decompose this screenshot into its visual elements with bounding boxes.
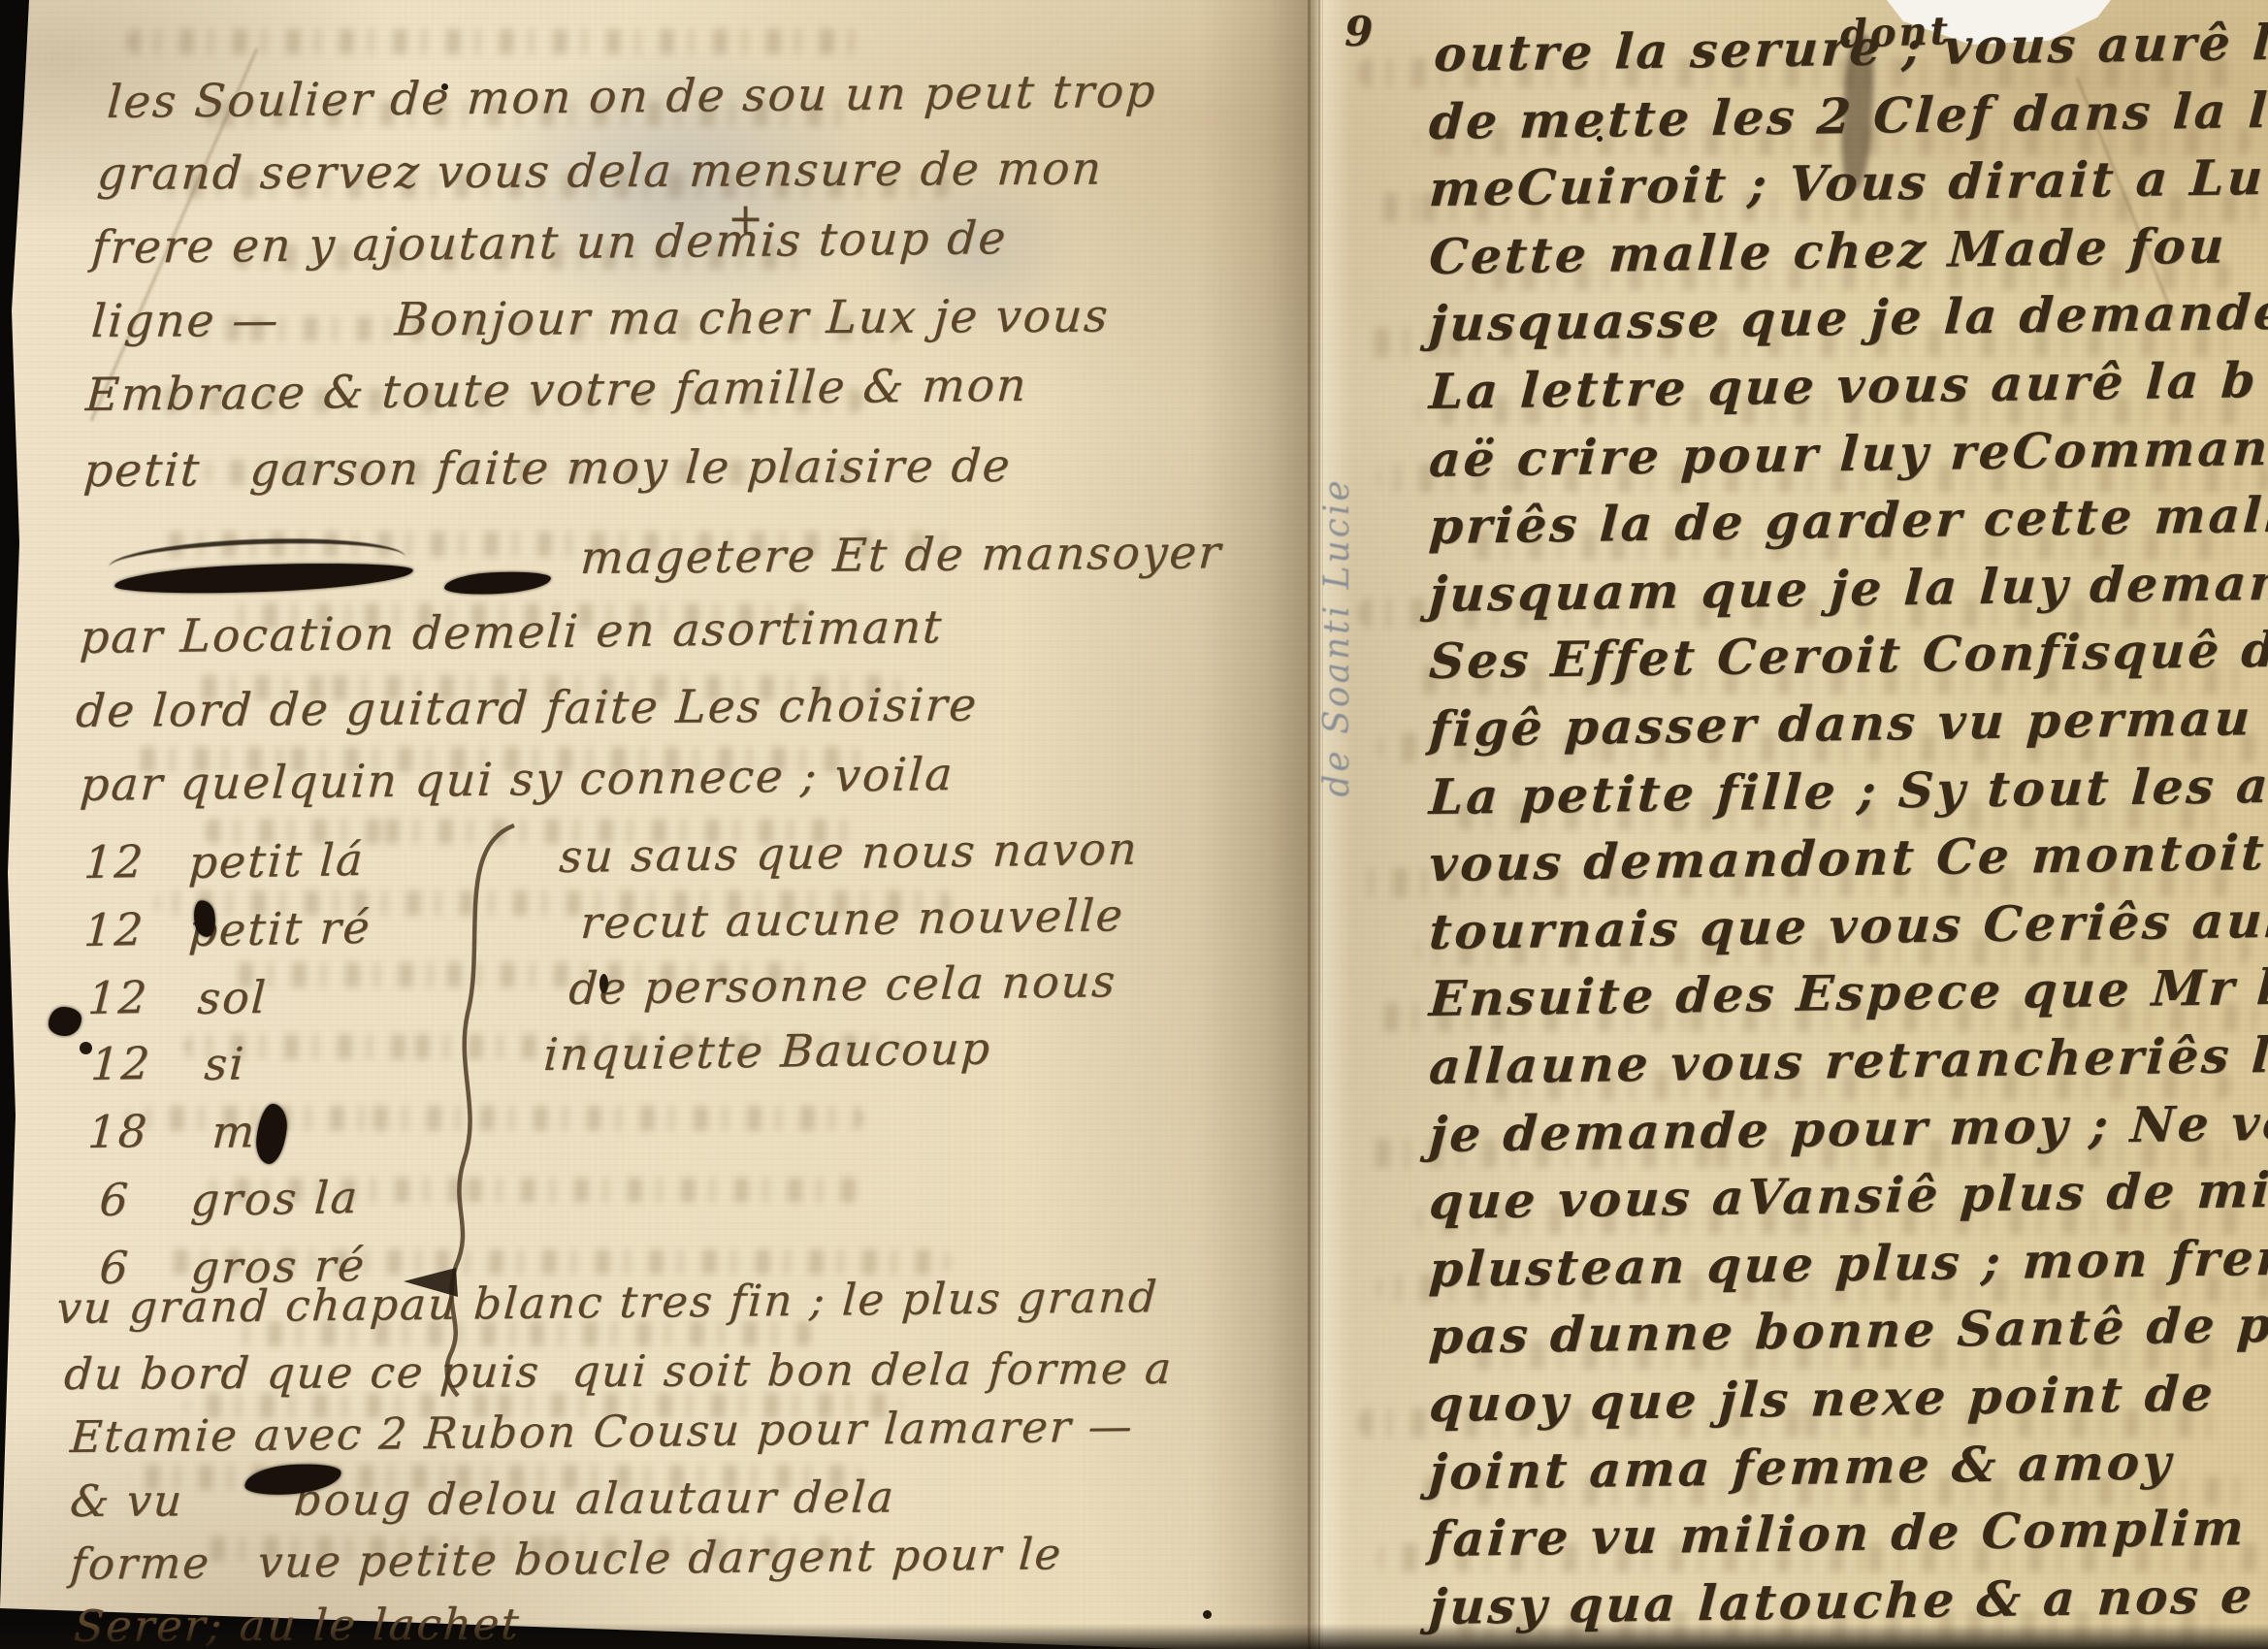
page-fold-shadow <box>1198 0 1322 1649</box>
ink-speck <box>1203 1610 1212 1619</box>
handwritten-line: & vu boug delou alautaur dela <box>69 1471 897 1527</box>
list-qty: 18 <box>86 1105 149 1158</box>
handwritten-line: Ses Effet Ceroit Confisquê d <box>1428 621 2268 690</box>
brace-note-line: de personne cela nous <box>567 954 1118 1015</box>
handwritten-line: petit garson faite moy le plaisire de <box>81 439 1013 498</box>
handwritten-line: La lettre que vous aurê la b <box>1428 351 2260 420</box>
list-item: petit ré <box>187 901 373 956</box>
page-number: 9 <box>1345 8 1376 55</box>
handwritten-line: frere en y ajoutant un demis toup de <box>90 211 1009 275</box>
list-qty: 12 <box>82 903 146 956</box>
vertical-margin-annotation: de Soanti Lucie <box>1317 434 1360 841</box>
handwritten-line: quoy que jls nexe point de <box>1428 1365 2218 1433</box>
handwritten-line: plustean que plus ; mon frere <box>1428 1228 2268 1298</box>
fold-crease-line <box>1308 0 1311 1649</box>
ink-speck <box>599 974 608 993</box>
handwritten-line: figê passer dans vu permau <box>1428 689 2254 758</box>
handwritten-line: priês la de garder cette malle <box>1428 485 2268 555</box>
handwritten-line: Cette malle chez Made fou <box>1428 217 2228 286</box>
brace-note-line: su saus que nous navon <box>558 823 1140 883</box>
ink-speck <box>441 83 448 90</box>
list-qty: 6 <box>98 1173 131 1226</box>
list-brace <box>388 820 553 1402</box>
bleedthrough-row <box>126 29 863 54</box>
ink-speck <box>1597 136 1603 142</box>
handwritten-line: pas dunne bonne Santê de puis <box>1428 1295 2268 1366</box>
handwritten-line: Embrace & toute votre famille & mon <box>84 359 1029 422</box>
handwritten-line: grand servez vous dela mensure de mon <box>95 143 1104 201</box>
handwritten-line: aë crire pour luy reCommande <box>1428 418 2268 488</box>
bottom-fold-shadow <box>0 1624 2268 1649</box>
handwritten-line: allaune vous retrancheriês les <box>1428 1025 2268 1095</box>
handwritten-line: jusquam que je la luy demande <box>1428 553 2268 623</box>
list-item: si <box>203 1037 246 1090</box>
struck-line-text: magetere Et de mansoyer <box>579 526 1224 585</box>
handwritten-line: par Location demeli en asortimant <box>79 600 945 664</box>
handwritten-line: La petite fille ; Sy tout les arti <box>1428 756 2268 825</box>
handwritten-line: les Soulier de mon on de sou un peut tro… <box>106 65 1158 129</box>
list-item: sol <box>196 971 269 1024</box>
list-qty: 12 <box>89 1037 152 1090</box>
handwritten-line: du bord que ce puis qui soit bon dela fo… <box>63 1342 1175 1400</box>
handwritten-line: de lord de guitard faite Les choisire <box>75 679 980 739</box>
handwritten-line: faire vu milion de Complim <box>1428 1499 2249 1568</box>
insertion-cross-mark: + <box>728 194 765 243</box>
letter-scan: les Soulier de mon on de sou un peut tro… <box>0 0 2268 1649</box>
list-item: gros la <box>189 1171 360 1226</box>
brace-note-line: recut aucune nouvelle <box>579 889 1125 949</box>
handwritten-line: vous demandont Ce montoit ap <box>1428 823 2268 892</box>
handwritten-line: jusquasse que je la demande <box>1428 283 2268 352</box>
ink-speck <box>80 1042 92 1054</box>
handwritten-line: ligne — Bonjour ma cher Lux je vous <box>89 290 1111 349</box>
list-qty: 12 <box>82 835 146 889</box>
handwritten-line: joint ama femme & amoy <box>1428 1433 2175 1501</box>
handwritten-line: que vous aVansiê plus de mi <box>1428 1161 2268 1230</box>
handwritten-line: forme vue petite boucle dargent pour le <box>69 1528 1064 1590</box>
handwritten-line: je demande pour moy ; Ne vo <box>1428 1094 2268 1164</box>
list-qty: 12 <box>86 971 149 1024</box>
brace-note-line: inquiette Baucoup <box>542 1022 993 1081</box>
list-item: petit lá <box>187 833 366 889</box>
handwritten-line: par quelquin qui sy connece ; voila <box>79 748 956 812</box>
